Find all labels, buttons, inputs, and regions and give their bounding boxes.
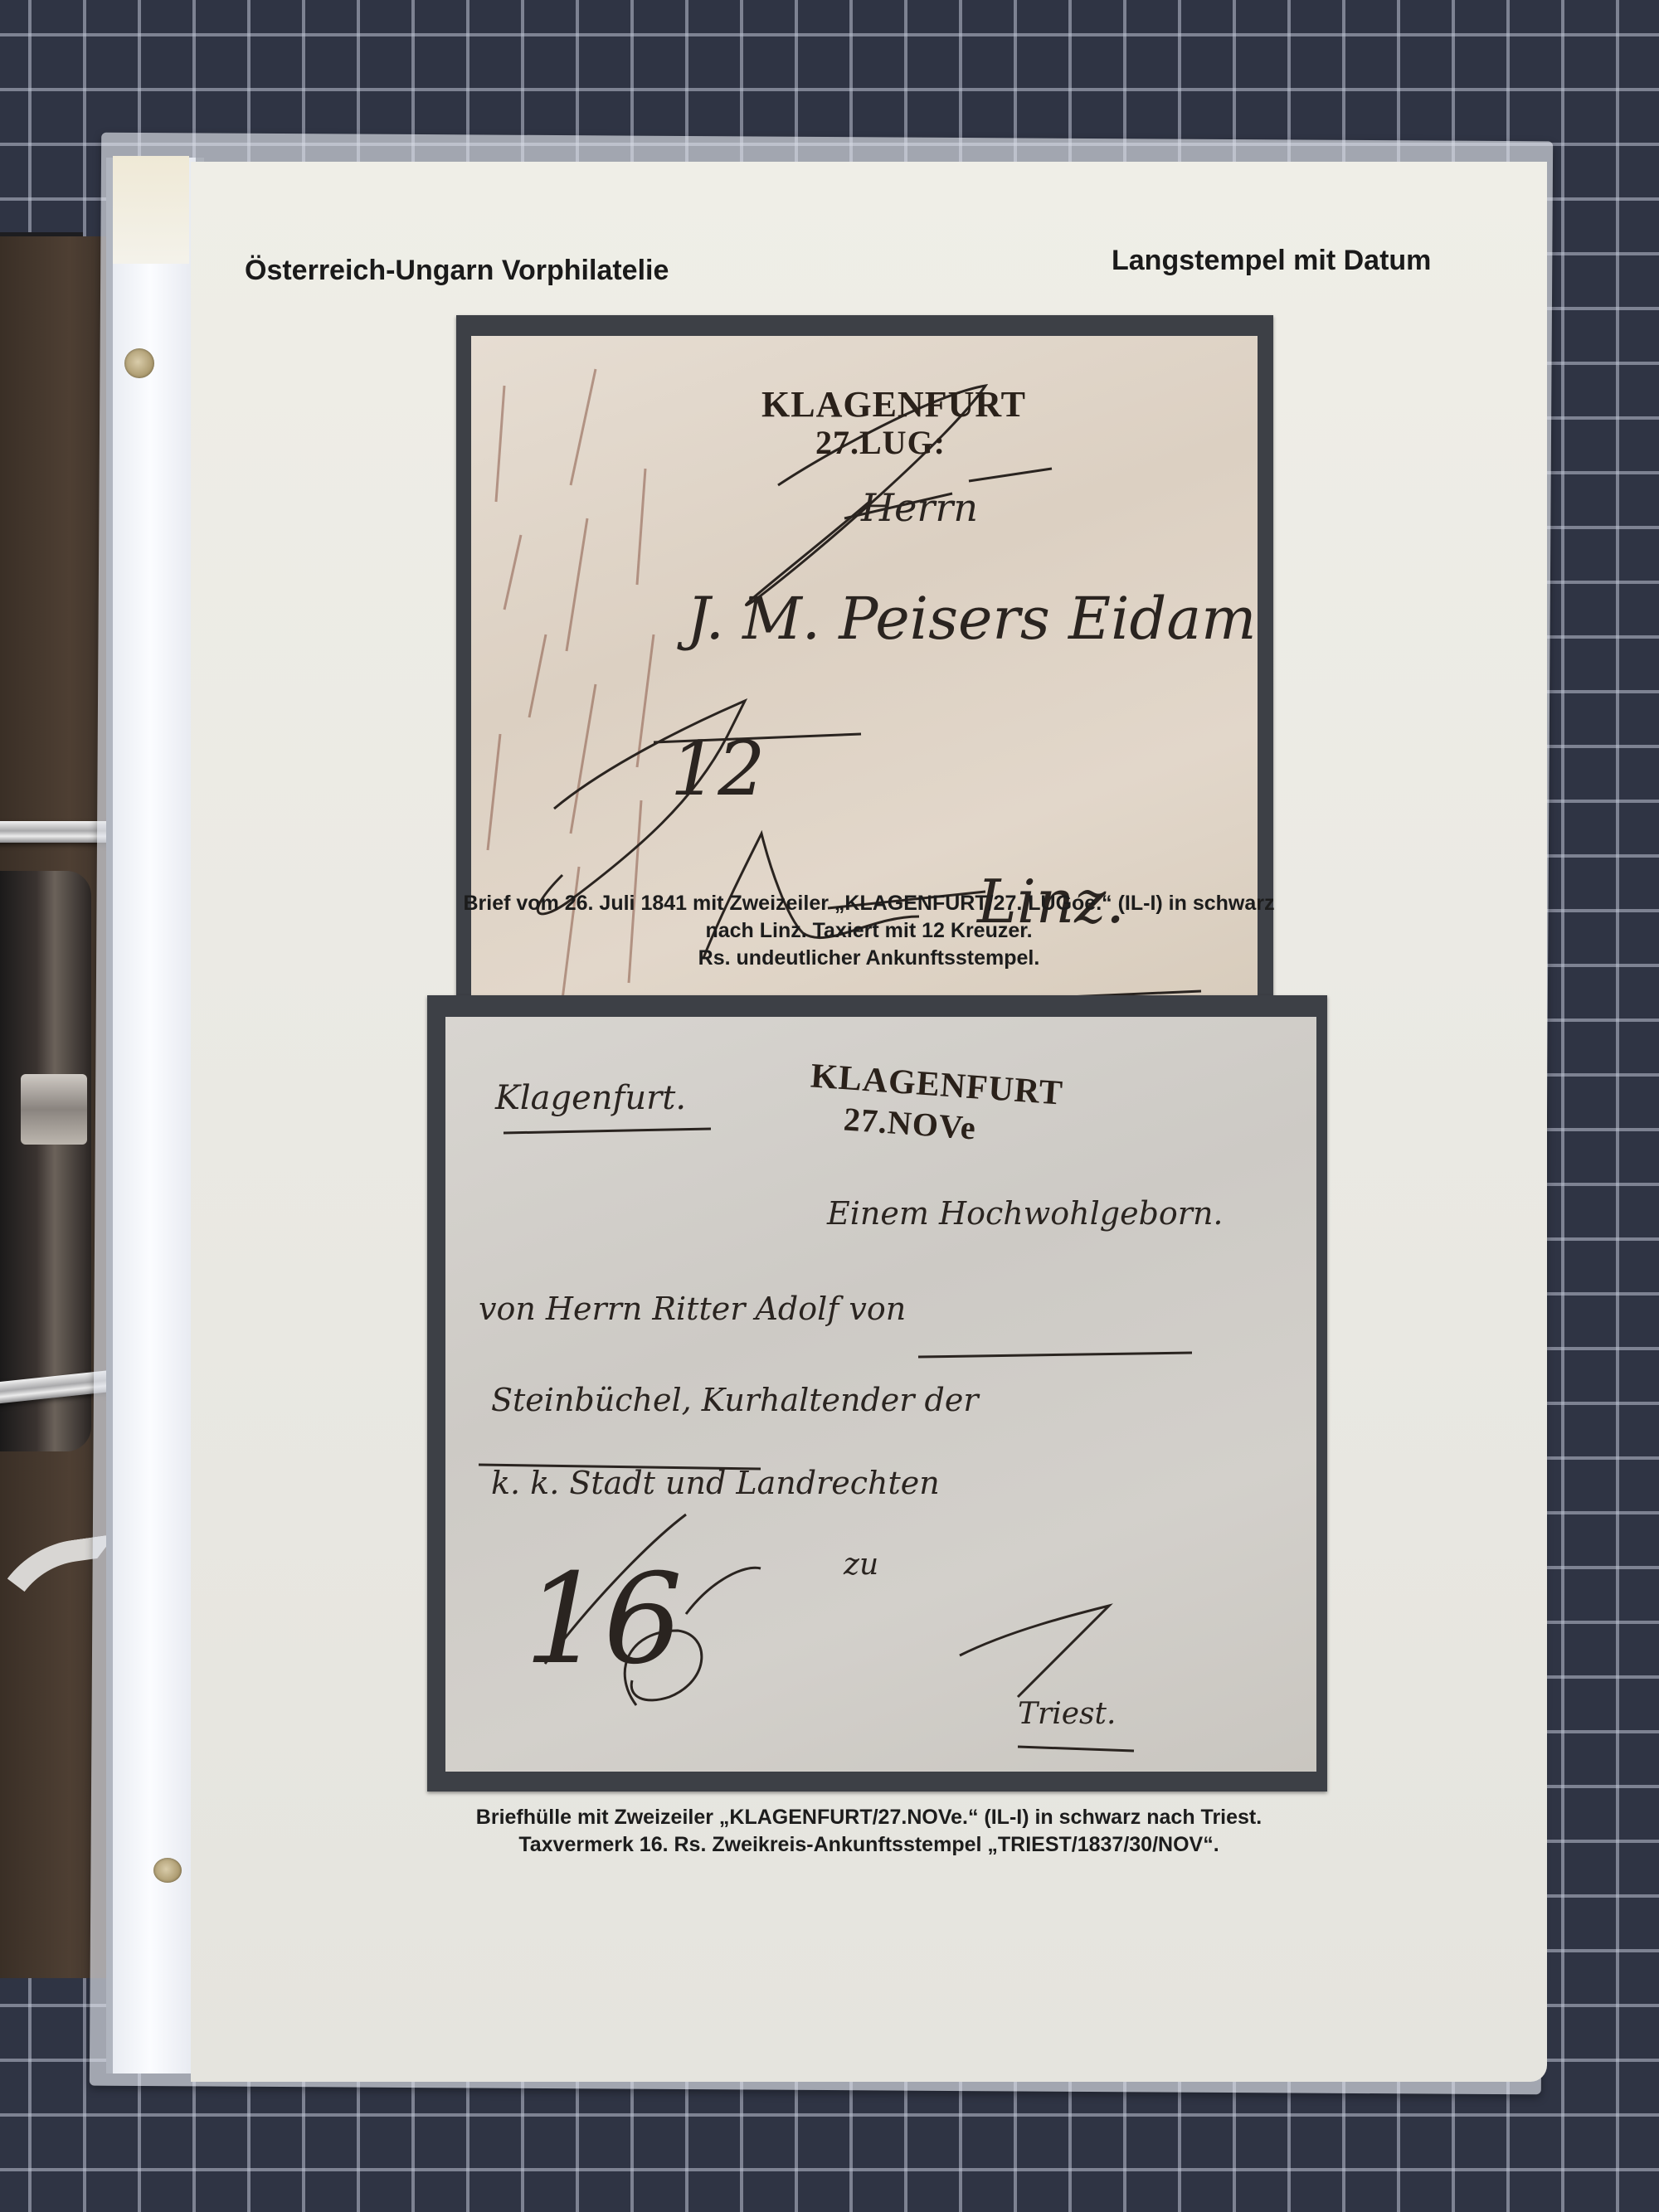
postmark-klagenfurt-line2: 27.LUG: <box>815 425 946 460</box>
caption-1-line-1: Brief vom 26. Juli 1841 mit Zweizeiler „… <box>191 890 1547 917</box>
handwriting-line-2: von Herrn Ritter Adolf von <box>479 1291 906 1327</box>
handwriting-origin: Klagenfurt. <box>495 1079 686 1117</box>
ring-mechanism <box>0 871 91 1451</box>
handwriting-tax-mark: 12 <box>670 726 766 813</box>
caption-2-line-2: Taxvermerk 16. Rs. Zweikreis-Ankunftsste… <box>191 1831 1547 1859</box>
punch-hole-bottom <box>153 1858 182 1883</box>
cover-letter-triest: KLAGENFURT 27.NOVe Klagenfurt. Einem Hoc… <box>445 1017 1316 1772</box>
punch-hole-top <box>124 348 154 378</box>
postmark-klagenfurt-line1: KLAGENFURT <box>761 386 1026 424</box>
handwriting-line-1: Einem Hochwohlgeborn. <box>827 1195 1224 1232</box>
cover-mount-2: KLAGENFURT 27.NOVe Klagenfurt. Einem Hoc… <box>427 995 1327 1791</box>
caption-1-line-2: nach Linz. Taxiert mit 12 Kreuzer. <box>191 917 1547 945</box>
sleeve-binding-strip <box>106 158 204 2073</box>
handwriting-line-5: zu <box>844 1548 878 1582</box>
caption-item-2: Briefhülle mit Zweizeiler „KLAGENFURT/27… <box>191 1804 1547 1859</box>
handwriting-tax-mark-16: 16 <box>524 1548 683 1692</box>
handwriting-line-3: Steinbüchel, Kurhaltender der <box>491 1382 979 1418</box>
sleeve-strip-tab <box>113 156 189 264</box>
ring-lever-clip <box>21 1074 87 1145</box>
handwriting-addressee: J. M. Peisers Eidam <box>687 585 1256 653</box>
caption-2-line-1: Briefhülle mit Zweizeiler „KLAGENFURT/27… <box>191 1804 1547 1831</box>
handwriting-salutation: Herrn <box>861 485 978 530</box>
caption-item-1: Brief vom 26. Juli 1841 mit Zweizeiler „… <box>191 890 1547 972</box>
caption-1-line-3: Rs. undeutlicher Ankunftsstempel. <box>191 945 1547 972</box>
page-header-left: Österreich-Ungarn Vorphilatelie <box>245 255 669 287</box>
handwriting-destination-triest: Triest. <box>1018 1697 1116 1731</box>
album-page: Österreich-Ungarn Vorphilatelie Langstem… <box>191 162 1547 2082</box>
handwriting-line-4: k. k. Stadt und Landrechten <box>491 1465 940 1501</box>
page-header-right: Langstempel mit Datum <box>1112 245 1431 277</box>
